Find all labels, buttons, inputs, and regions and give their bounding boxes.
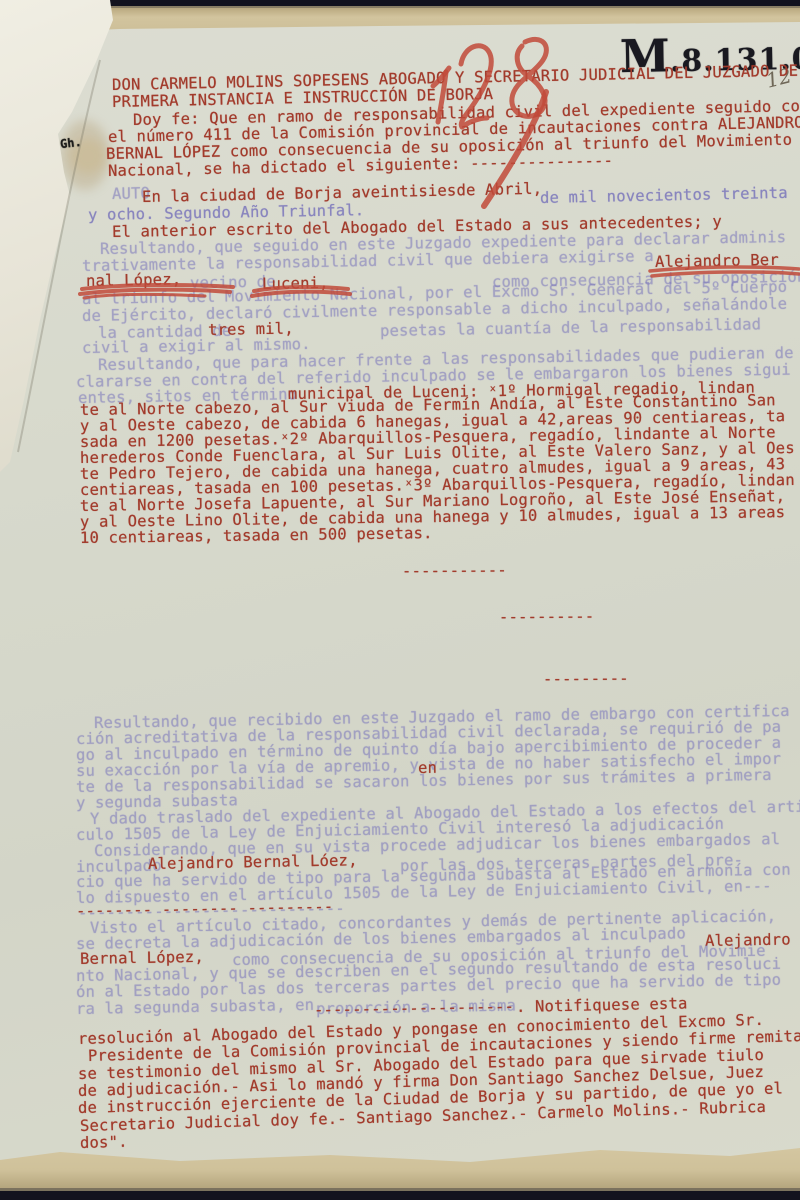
typed-line-red: nal López, <box>86 272 182 289</box>
typed-text-layer: DON CARMELO MOLINS SOPESENS ABOGADO Y SE… <box>0 0 800 1200</box>
typed-line-red: . Notifiquese esta <box>516 996 688 1015</box>
scanned-document-photo: Gh. M.8.131.001 12 DON CARMELO MOLINS SO… <box>0 0 800 1200</box>
typed-line-red: --------- <box>543 671 629 687</box>
typed-line-red: --------------------- <box>314 1000 514 1019</box>
typed-line-red: ---------- <box>499 609 594 625</box>
typed-line-red: dos". <box>80 1135 128 1152</box>
typed-line-purple: de mil novecientos treinta <box>540 186 788 207</box>
typed-line-purple: pesetas la cuantía de la responsabilidad <box>380 317 761 339</box>
typed-line-purple: ra la segunda subasta, en <box>76 998 315 1018</box>
typed-line-red: ----------- <box>402 563 507 579</box>
typed-line-red: 10 centiareas, tasada en 500 pesetas. <box>80 526 433 546</box>
